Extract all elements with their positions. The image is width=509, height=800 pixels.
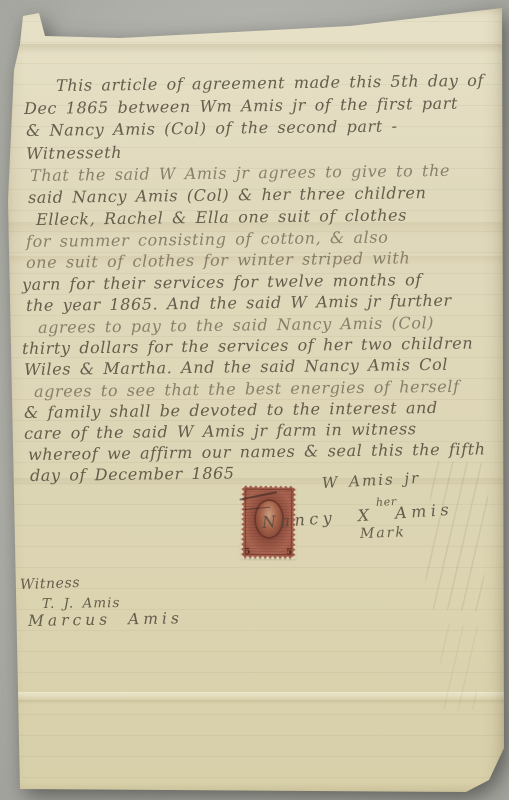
ink-bleedthrough [424, 461, 490, 612]
stamp-denomination-left: 5 [245, 546, 251, 556]
witness-heading: Witness [20, 575, 81, 593]
stamp-perforation-top [241, 484, 296, 488]
document-paper: This article of agreement made this 5th … [0, 0, 509, 800]
witness-signature: T. J. Amis [42, 595, 121, 612]
witness-signature: Marcus Amis [28, 609, 183, 630]
photo-background: This article of agreement made this 5th … [0, 0, 509, 800]
ink-bleedthrough [438, 624, 480, 711]
stamp-perforation-bottom [241, 556, 296, 560]
stamp-perforation-left [240, 485, 245, 559]
signature-mark-label: Mark [360, 524, 406, 542]
paper-shadow-wrap: This article of agreement made this 5th … [0, 0, 509, 800]
handwritten-line: Witnesseth [26, 143, 122, 163]
handwritten-line: day of December 1865 [30, 464, 235, 485]
stamp-denomination-right: 5 [286, 546, 292, 556]
